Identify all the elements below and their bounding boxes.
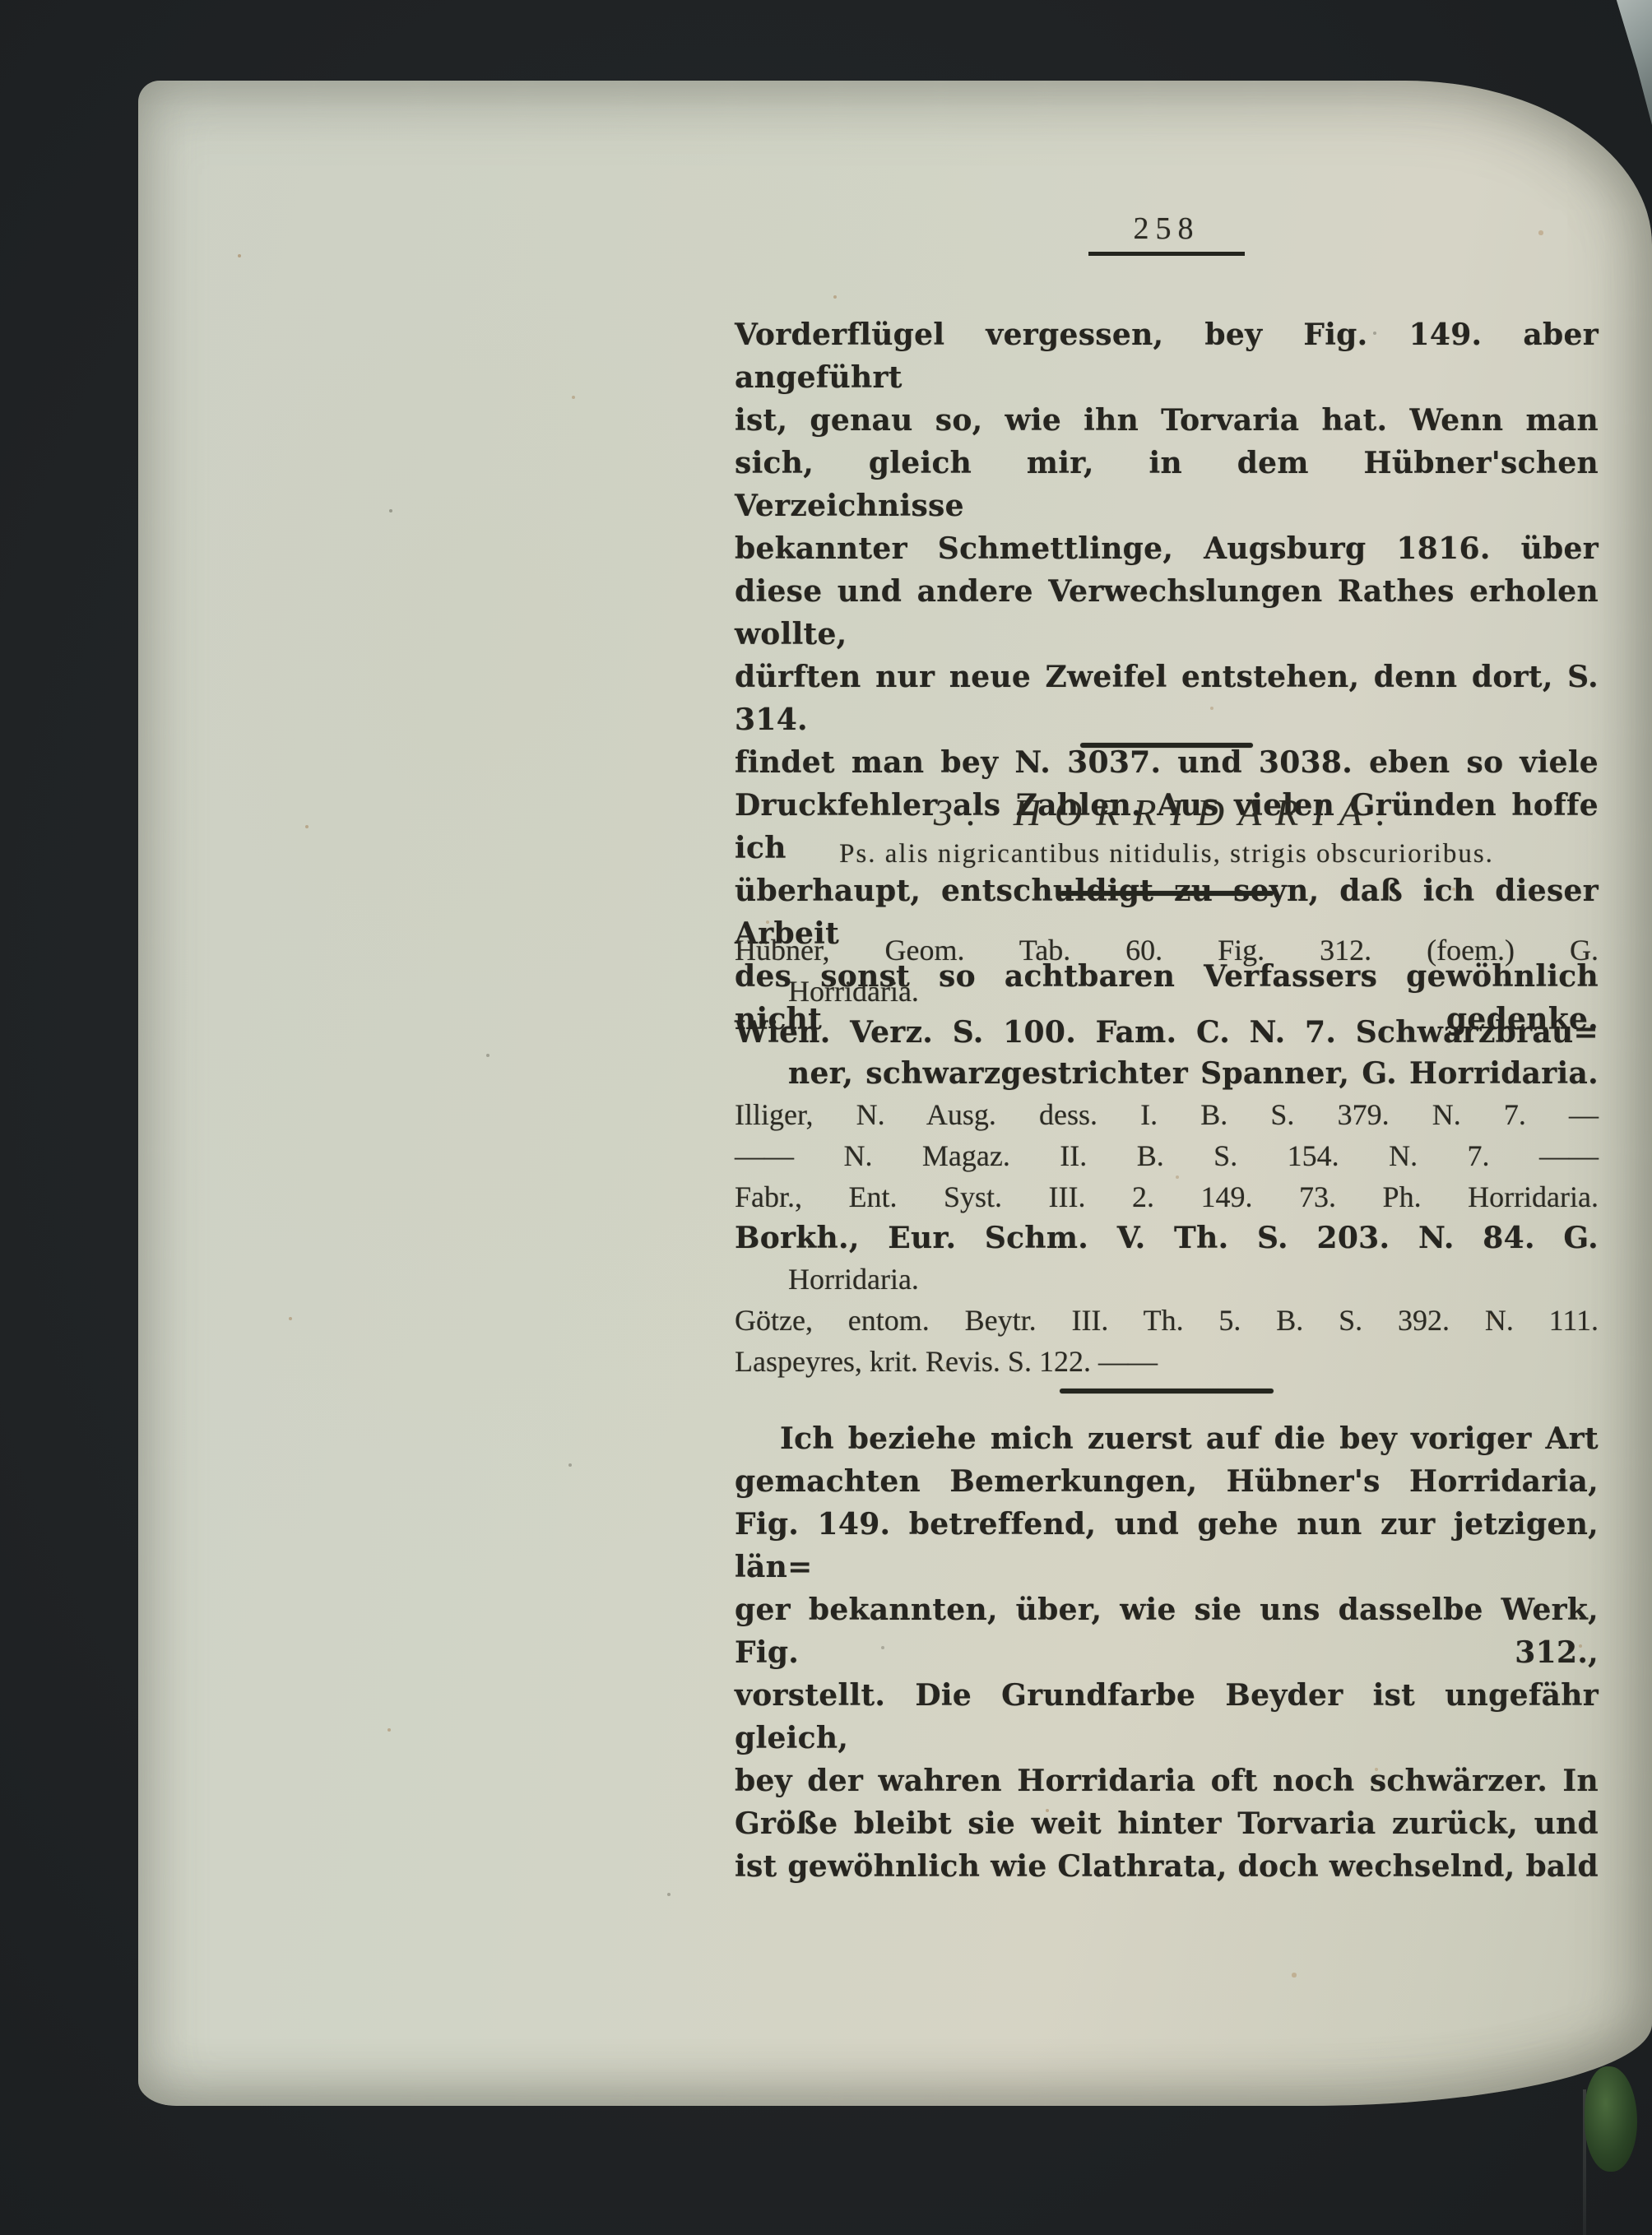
text-line: Ich beziehe mich zuerst auf die bey vori… <box>735 1417 1599 1460</box>
text-line: diese und andere Verwechslungen Rathes e… <box>735 570 1599 656</box>
bibliography-entry: Laspeyres, krit. Revis. S. 122. —— <box>735 1341 1599 1382</box>
section-heading: 3. HORRIDARIA. <box>735 791 1599 834</box>
bibliography-entry: Fabr., Ent. Syst. III. 2. 149. 73. Ph. H… <box>735 1176 1599 1217</box>
text-line: Größe bleibt sie weit hinter Torvaria zu… <box>735 1802 1599 1845</box>
text-line: Vorderflügel vergessen, bey Fig. 149. ab… <box>735 313 1599 399</box>
separator-rule <box>1060 891 1274 896</box>
bibliography-entry: —— N. Magaz. II. B. S. 154. N. 7. —— <box>735 1135 1599 1176</box>
bibliography-entry: Horridaria. <box>735 971 1599 1012</box>
separator-rule <box>1060 1389 1274 1393</box>
bibliography-entry: Illiger, N. Ausg. dess. I. B. S. 379. N.… <box>735 1094 1599 1135</box>
text-line: bekannter Schmettlinge, Augsburg 1816. ü… <box>735 527 1599 570</box>
paper-speckles <box>138 81 140 82</box>
bibliography-entry: ner, schwarzgestrichter Spanner, G. Horr… <box>735 1053 1599 1094</box>
bibliography-entry: Hübner, Geom. Tab. 60. Fig. 312. (foem.)… <box>735 930 1599 971</box>
text-line: dürften nur neue Zweifel entstehen, denn… <box>735 656 1599 741</box>
separator-rule <box>1080 743 1253 748</box>
text-line: ist, genau so, wie ihn Torvaria hat. Wen… <box>735 399 1599 442</box>
text-line: gemachten Bemerkungen, Hübner's Horridar… <box>735 1460 1599 1503</box>
bibliography-entry: Wien. Verz. S. 100. Fam. C. N. 7. Schwar… <box>735 1012 1599 1053</box>
book-page: 258 Vorderflügel vergessen, bey Fig. 149… <box>138 81 1652 2106</box>
page-number: 258 <box>1088 211 1245 256</box>
text-line: Fig. 149. betreffend, und gehe nun zur j… <box>735 1503 1599 1588</box>
bibliography: Hübner, Geom. Tab. 60. Fig. 312. (foem.)… <box>735 930 1599 1382</box>
section-subtitle: Ps. alis nigricantibus nitidulis, strigi… <box>735 839 1599 869</box>
text-line: vorstellt. Die Grundfarbe Beyder ist ung… <box>735 1674 1599 1760</box>
bibliography-entry: Borkh., Eur. Schm. V. Th. S. 203. N. 84.… <box>735 1217 1599 1259</box>
bibliography-entry: Götze, entom. Beytr. III. Th. 5. B. S. 3… <box>735 1300 1599 1341</box>
bibliography-entry: Horridaria. <box>735 1259 1599 1300</box>
book-edge <box>1585 2066 1637 2172</box>
text-line: ist gewöhnlich wie Clathrata, doch wechs… <box>735 1845 1599 1888</box>
text-line: bey der wahren Horridaria oft noch schwä… <box>735 1760 1599 1802</box>
scan-background: 258 Vorderflügel vergessen, bey Fig. 149… <box>0 0 1652 2235</box>
paragraph-2: Ich beziehe mich zuerst auf die bey vori… <box>735 1417 1599 1888</box>
text-line: ger bekannten, über, wie sie uns dasselb… <box>735 1588 1599 1674</box>
text-line: sich, gleich mir, in dem Hübner'schen Ve… <box>735 442 1599 527</box>
book-clamp <box>1603 0 1652 125</box>
